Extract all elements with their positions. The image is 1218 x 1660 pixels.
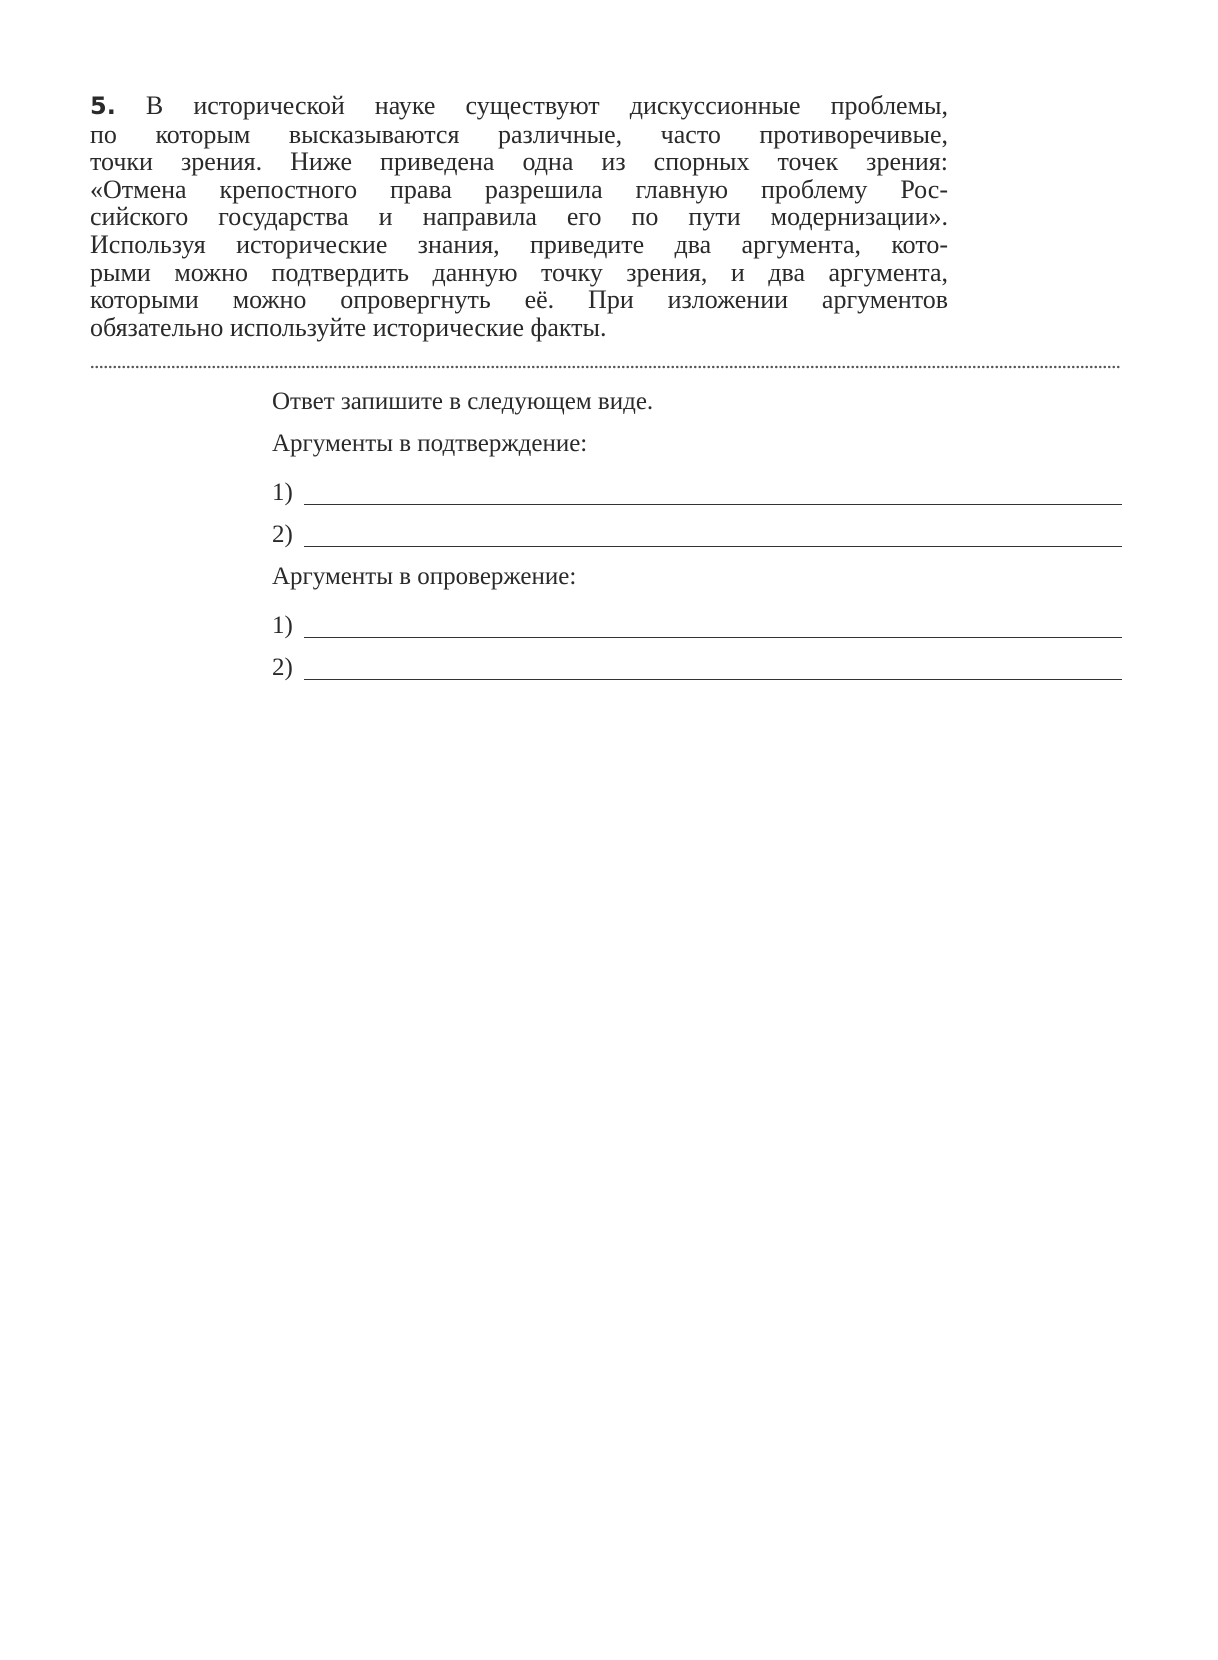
confirm-heading: Аргументы в подтверждение:: [272, 430, 587, 458]
refute-answer-1[interactable]: 1): [272, 612, 1122, 642]
item-label: 1): [272, 479, 293, 507]
task-line: обязательно используйте исторические фак…: [90, 314, 948, 342]
task-text: 5. В исторической науке существуют диску…: [90, 92, 948, 341]
task-line: которыми можно опровергнуть её. При изло…: [90, 286, 948, 314]
confirm-answer-2[interactable]: 2): [272, 521, 1122, 551]
refute-heading: Аргументы в опровержение:: [272, 563, 576, 591]
answer-intro: Ответ запишите в следующем виде.: [272, 388, 653, 416]
task-number: 5.: [90, 92, 116, 120]
answer-line[interactable]: [304, 637, 1122, 638]
item-label: 2): [272, 654, 293, 682]
task-line: «Отмена крепостного права разрешила глав…: [90, 176, 948, 204]
task-line: 5. В исторической науке существуют диску…: [90, 92, 948, 121]
task-line: рыми можно подтвердить данную точку зрен…: [90, 259, 948, 287]
dotted-divider: [90, 365, 1120, 369]
refute-answer-2[interactable]: 2): [272, 654, 1122, 684]
task-line: точки зрения. Ниже приведена одна из спо…: [90, 148, 948, 176]
task-line: сийского государства и направила его по …: [90, 203, 948, 231]
item-label: 2): [272, 521, 293, 549]
task-line: по которым высказываются различные, част…: [90, 121, 948, 149]
answer-line[interactable]: [304, 504, 1122, 505]
item-label: 1): [272, 612, 293, 640]
answer-line[interactable]: [304, 679, 1122, 680]
answer-line[interactable]: [304, 546, 1122, 547]
confirm-answer-1[interactable]: 1): [272, 479, 1122, 509]
task-line: Используя исторические знания, приведите…: [90, 231, 948, 259]
